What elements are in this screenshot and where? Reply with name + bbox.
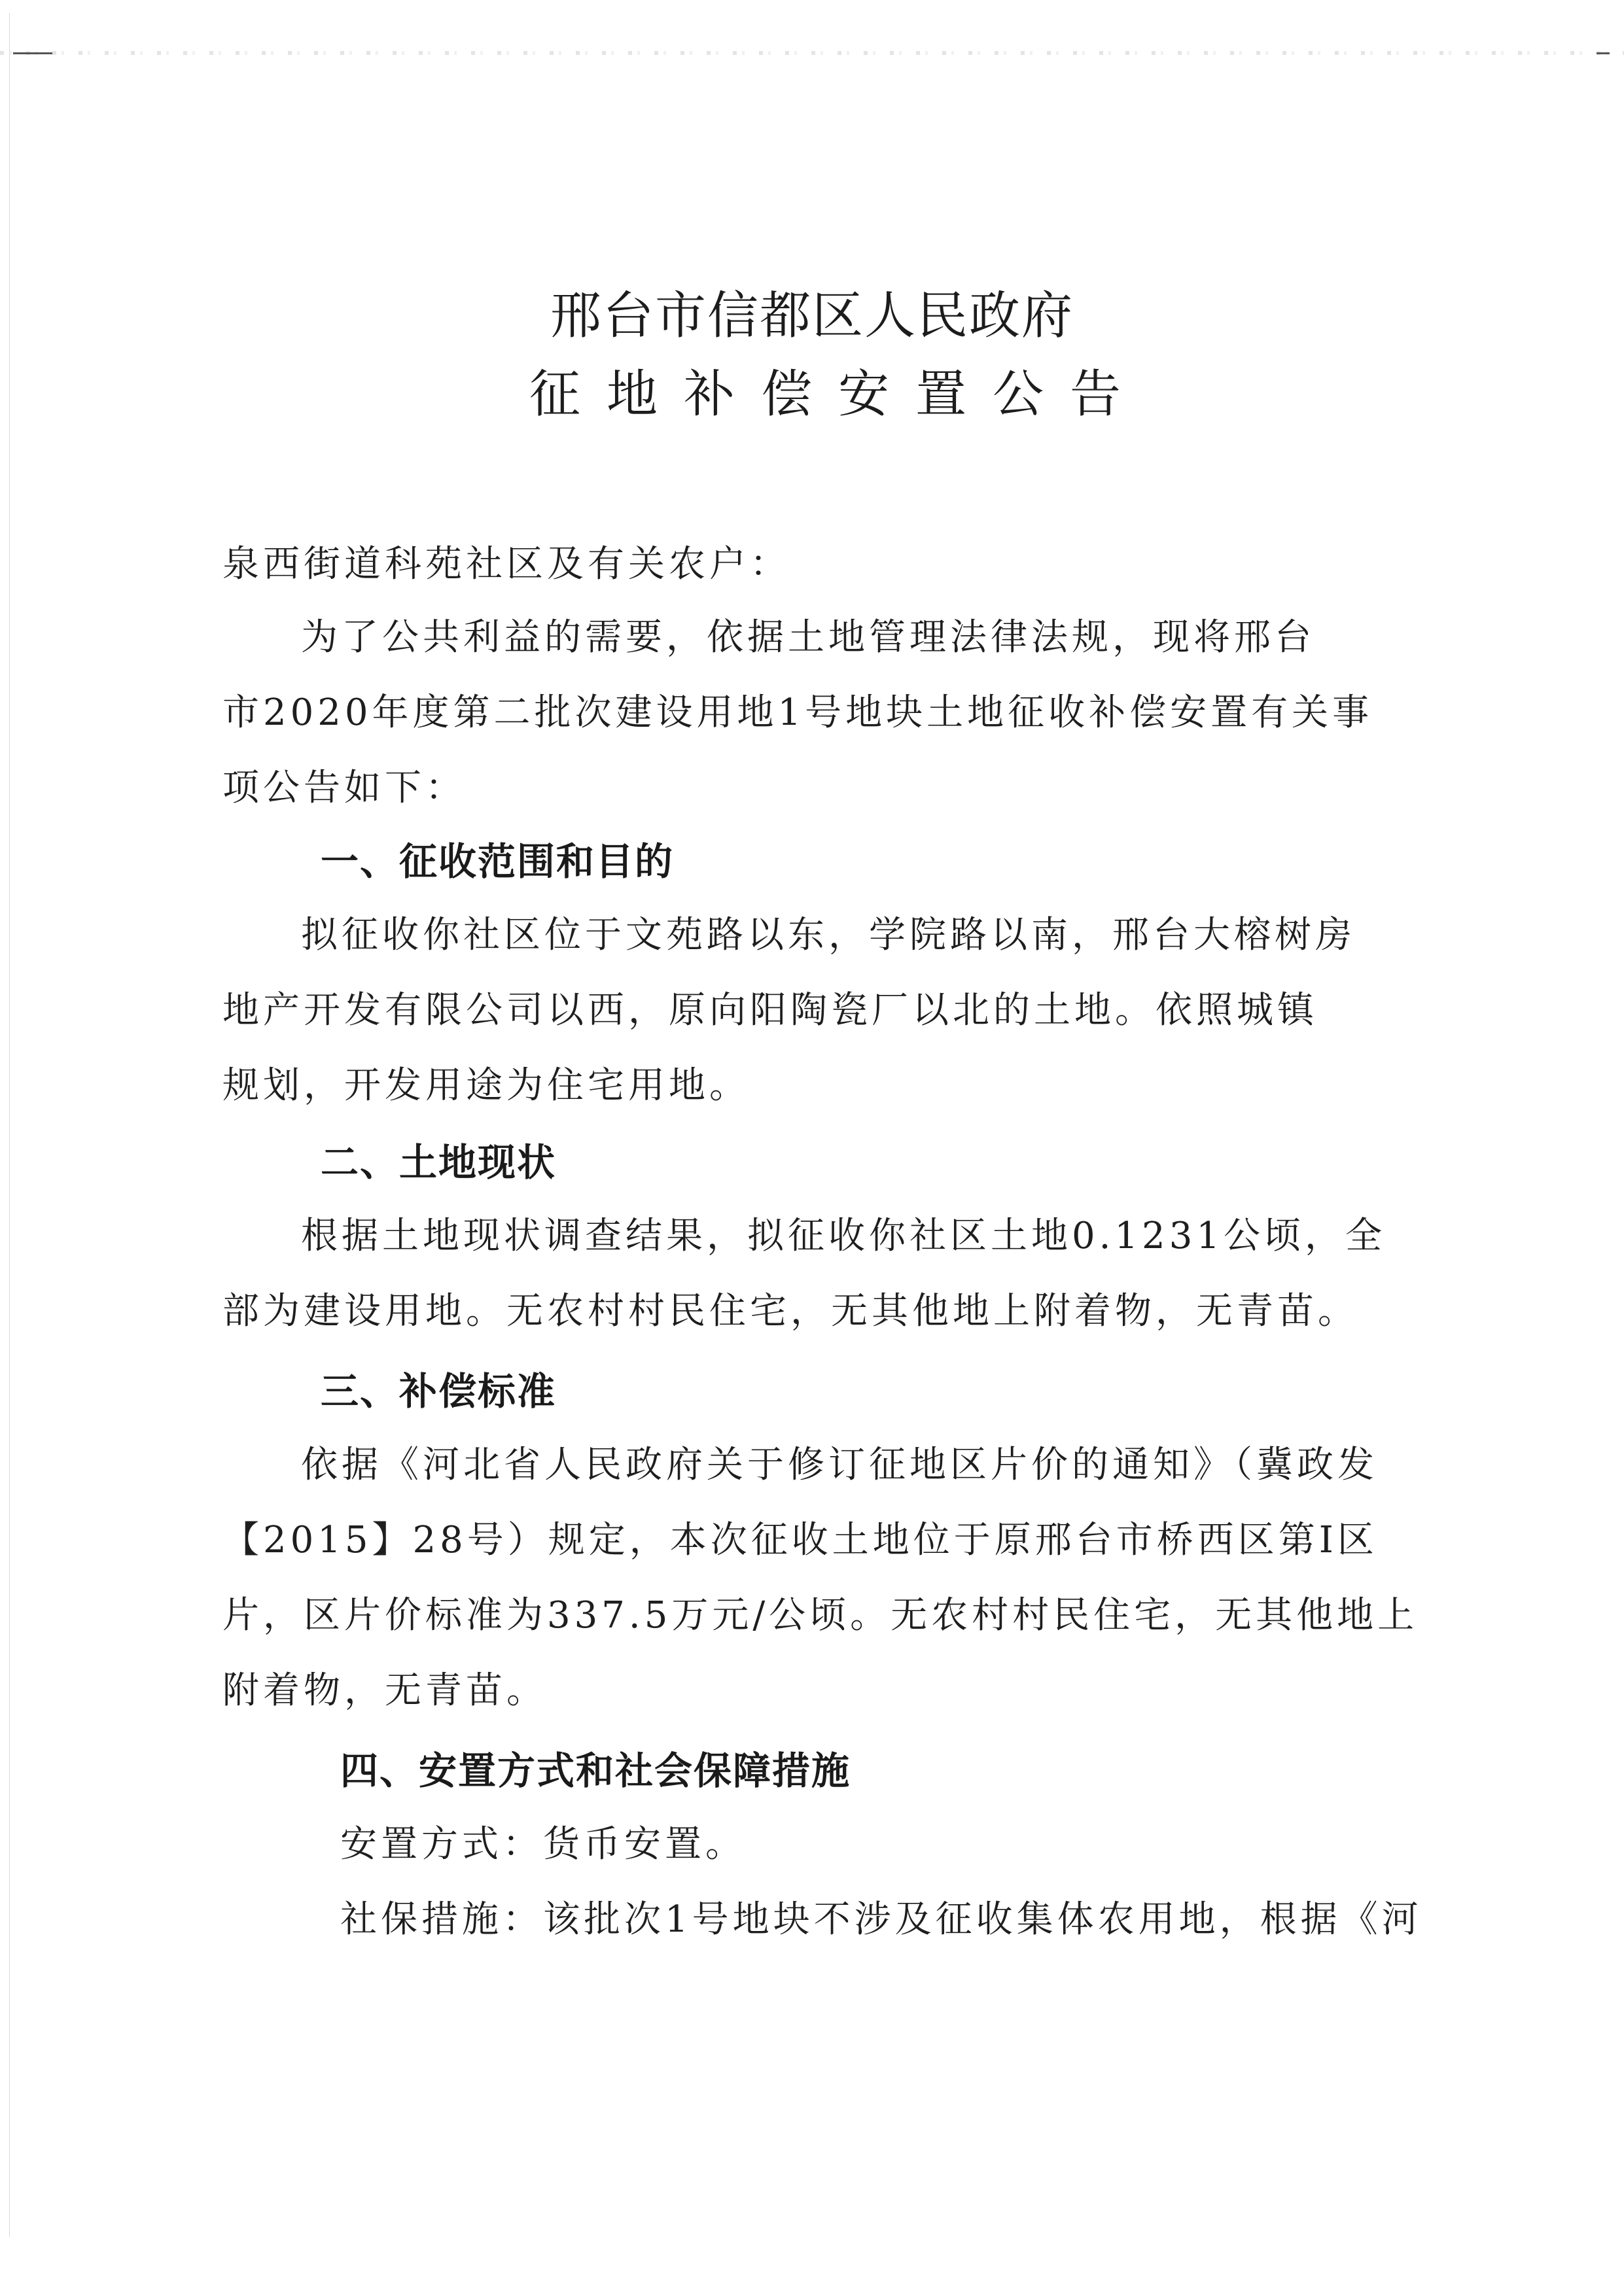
section-1-line: 规划，开发用途为住宅用地。 (222, 1056, 750, 1109)
scan-artifact-dash (13, 52, 52, 54)
section-4-line: 安置方式：货币安置。 (340, 1815, 746, 1868)
document-subtitle: 征地补偿安置公告 (0, 353, 1624, 426)
intro-line: 项公告如下： (222, 759, 466, 811)
section-2-line: 部为建设用地。无农村村民住宅，无其他地上附着物，无青苗。 (222, 1282, 1358, 1334)
section-heading-4: 四、安置方式和社会保障措施 (340, 1740, 851, 1795)
section-3-line: 依据《河北省人民政府关于修订征地区片价的通知》（冀政发 (301, 1436, 1378, 1488)
intro-line: 为了公共利益的需要，依据土地管理法律法规，现将邢台 (301, 608, 1315, 661)
scan-artifact-dash (1597, 52, 1610, 54)
salutation: 泉西街道科苑社区及有关农户： (222, 535, 790, 587)
section-heading-2: 二、土地现状 (321, 1132, 556, 1187)
intro-line: 市2020年度第二批次建设用地1号地块土地征收补偿安置有关事 (222, 684, 1373, 736)
scan-artifact-strip (0, 51, 1624, 55)
section-heading-1: 一、征收范围和目的 (321, 831, 674, 886)
section-1-line: 拟征收你社区位于文苑路以东，学院路以南，邢台大榕树房 (301, 906, 1356, 958)
section-3-line: 【2015】28号）规定，本次征收土地位于原邢台市桥西区第Ⅰ区 (222, 1511, 1378, 1563)
section-3-line: 片，区片价标准为337.5万元/公顷。无农村村民住宅，无其他地上 (222, 1586, 1418, 1639)
document-title: 邢台市信都区人民政府 (0, 275, 1624, 348)
section-1-line: 地产开发有限公司以西，原向阳陶瓷厂以北的土地。依照城镇 (222, 981, 1318, 1034)
section-3-line: 附着物，无青苗。 (222, 1661, 547, 1714)
section-heading-3: 三、补偿标准 (321, 1361, 556, 1416)
section-4-line: 社保措施：该批次1号地块不涉及征收集体农用地，根据《河 (340, 1890, 1422, 1943)
section-2-line: 根据土地现状调查结果，拟征收你社区土地0.1231公顷，全 (301, 1207, 1386, 1259)
